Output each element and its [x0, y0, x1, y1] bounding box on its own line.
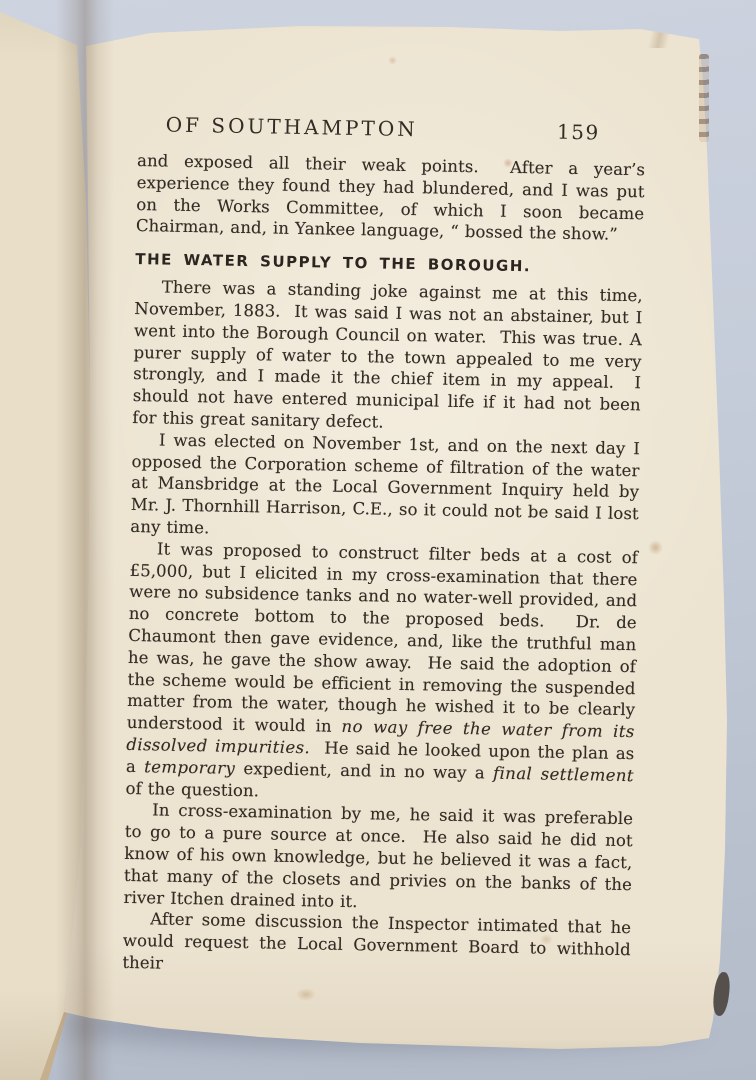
book-gutter-shadow: [56, 0, 114, 1080]
running-header: OF SOUTHAMPTON: [166, 113, 418, 142]
paragraph: It was proposed to construct filter beds…: [125, 538, 638, 809]
page-stack-edge: [699, 54, 709, 142]
left-page-fragment: arge: [710, 267, 750, 289]
italic-text: final settlement: [493, 763, 634, 785]
foxing-spot: [296, 988, 316, 1001]
body-text: I was elected on November 1st, and on th…: [130, 430, 646, 537]
left-page-fragment: read: [710, 289, 750, 311]
paragraph: After some discussion the Inspector inti…: [122, 908, 631, 983]
body-text: There was a standing joke against me at …: [132, 278, 649, 432]
body-text: In cross-examination by me, he said it w…: [123, 801, 639, 911]
paragraph: In cross-examination by me, he said it w…: [123, 799, 633, 917]
body-text: It was proposed to construct filter beds…: [127, 539, 644, 736]
foxing-spot: [648, 540, 663, 555]
page-number: 159: [557, 120, 600, 145]
section-heading: THE WATER SUPPLY TO THE BOROUGH.: [135, 250, 643, 277]
left-page-fragment: was: [716, 202, 750, 223]
paragraph: and exposed all their weak points. After…: [136, 150, 646, 246]
paragraph: I was elected on November 1st, and on th…: [130, 429, 640, 547]
body-text: expedient, and in no way a: [235, 759, 493, 783]
italic-text: temporary: [144, 757, 235, 778]
paragraph: There was a standing joke against me at …: [132, 276, 643, 438]
page-corner-crease: [612, 24, 704, 48]
page-content: OF SOUTHAMPTON 159 and exposed all their…: [122, 112, 646, 983]
left-page-fragment: ties: [718, 507, 750, 528]
section-paragraphs: There was a standing joke against me at …: [122, 276, 643, 983]
body-text: After some discussion the Inspector inti…: [122, 910, 637, 973]
left-page-fragment: Mr.: [720, 419, 750, 440]
left-page-fragment: me: [724, 179, 751, 199]
left-page-fragment: ture: [713, 374, 750, 396]
body-text: and exposed all their weak points. After…: [136, 151, 651, 244]
page-header: OF SOUTHAMPTON 159: [138, 112, 646, 145]
left-page-fragment: the: [722, 484, 751, 504]
left-page-fragment: ss of: [710, 352, 751, 374]
left-page-fragment: l be: [718, 398, 751, 419]
left-page-fragment: hard: [709, 329, 750, 351]
left-page-fragment: thy: [722, 461, 750, 481]
foxing-spot: [388, 56, 397, 65]
left-page-fragment: my: [724, 225, 750, 245]
photo-background: CESssedmewasmyargereadhardss ofturel beM…: [0, 0, 756, 1080]
left-page-fragment: ssed: [711, 155, 750, 177]
intro-paragraphs: and exposed all their weak points. After…: [136, 150, 646, 246]
